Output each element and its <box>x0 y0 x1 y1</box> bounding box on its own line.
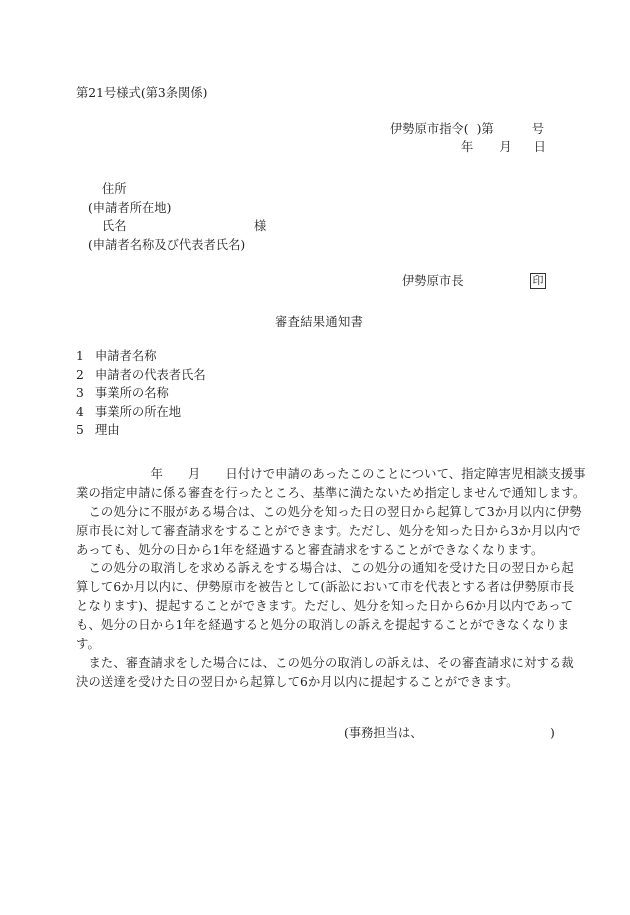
address-label: 住所 <box>102 183 127 195</box>
document-title: 審査結果通知書 <box>275 316 363 328</box>
command-suffix: 号 <box>532 123 544 135</box>
body-line: この処分に不服がある場合は、この処分を知った日の翌日から起算して3か月以内に伊勢 <box>76 503 556 522</box>
item-number: 5 <box>76 424 95 443</box>
body-line: となります)、提起することができます。ただし、処分を知った日から6か月以内であっ… <box>76 597 556 616</box>
body-line: 決の送達を受けた日の翌日から起算して6か月以内に提起することができます。 <box>76 673 556 692</box>
issue-date-line: 年月日 <box>461 141 546 153</box>
item-list: 1申請者名称 2申請者の代表者氏名 3事業所の名称 4事業所の所在地 5理由 <box>76 350 206 443</box>
date-year: 年 <box>461 141 473 153</box>
item-label: 事業所の名称 <box>95 387 169 406</box>
form-number: 第21号様式(第3条関係) <box>76 87 207 99</box>
item-number: 1 <box>76 350 95 369</box>
contact-open: (事務担当は、 <box>344 726 423 740</box>
item-number: 3 <box>76 387 95 406</box>
issuer-title: 伊勢原市長 <box>402 275 464 287</box>
command-prefix: 伊勢原市指令( <box>390 123 469 135</box>
item-label: 申請者名称 <box>95 350 157 369</box>
body-line: も、処分の日から1年を経過すると処分の取消しの訴えを提起することができなくなりま <box>76 616 556 635</box>
name-label: 氏名 <box>102 220 127 232</box>
date-day: 日 <box>534 141 546 153</box>
command-number-line: 伊勢原市指令()第号 <box>390 123 544 135</box>
item-label: 理由 <box>95 424 120 443</box>
notice-body: 年 月 日付けで申請のあったこのことについて、指定障害児相談支援事 業の指定申請… <box>76 465 556 692</box>
date-month: 月 <box>499 141 511 153</box>
list-item: 3事業所の名称 <box>76 387 206 406</box>
item-label: 事業所の所在地 <box>95 406 181 425</box>
seal-icon: 印 <box>530 273 546 289</box>
body-line: あっても、処分の日から1年を経過すると審査請求をすることができなくなります。 <box>76 541 556 560</box>
name-sublabel: (申請者名称及び代表者氏名) <box>88 239 245 251</box>
body-line: また、審査請求をした場合には、この処分の取消しの訴えは、その審査請求に対する裁 <box>76 654 556 673</box>
body-line: す。 <box>76 635 556 654</box>
body-line: この処分の取消しを求める訴えをする場合は、この処分の通知を受けた日の翌日から起 <box>76 559 556 578</box>
honorific: 様 <box>254 220 266 232</box>
body-line: 原市長に対して審査請求をすることができます。ただし、処分を知った日から3か月以内… <box>76 522 556 541</box>
list-item: 2申請者の代表者氏名 <box>76 369 206 388</box>
body-line: 年 月 日付けで申請のあったこのことについて、指定障害児相談支援事 <box>76 465 556 484</box>
body-line: 算して6か月以内に、伊勢原市を被告として(訴訟において市を代表とする者は伊勢原市… <box>76 578 556 597</box>
item-label: 申請者の代表者氏名 <box>95 369 206 388</box>
command-paren-close: )第 <box>477 123 494 135</box>
item-number: 2 <box>76 369 95 388</box>
item-number: 4 <box>76 406 95 425</box>
address-sublabel: (申請者所在地) <box>88 202 171 214</box>
body-line: 業の指定申請に係る審査を行ったところ、基準に満たないため指定しませんで通知します… <box>76 484 556 503</box>
list-item: 4事業所の所在地 <box>76 406 206 425</box>
contact-close: ) <box>550 727 555 739</box>
list-item: 1申請者名称 <box>76 350 206 369</box>
contact-line: (事務担当は、 ) <box>344 727 423 739</box>
list-item: 5理由 <box>76 424 206 443</box>
